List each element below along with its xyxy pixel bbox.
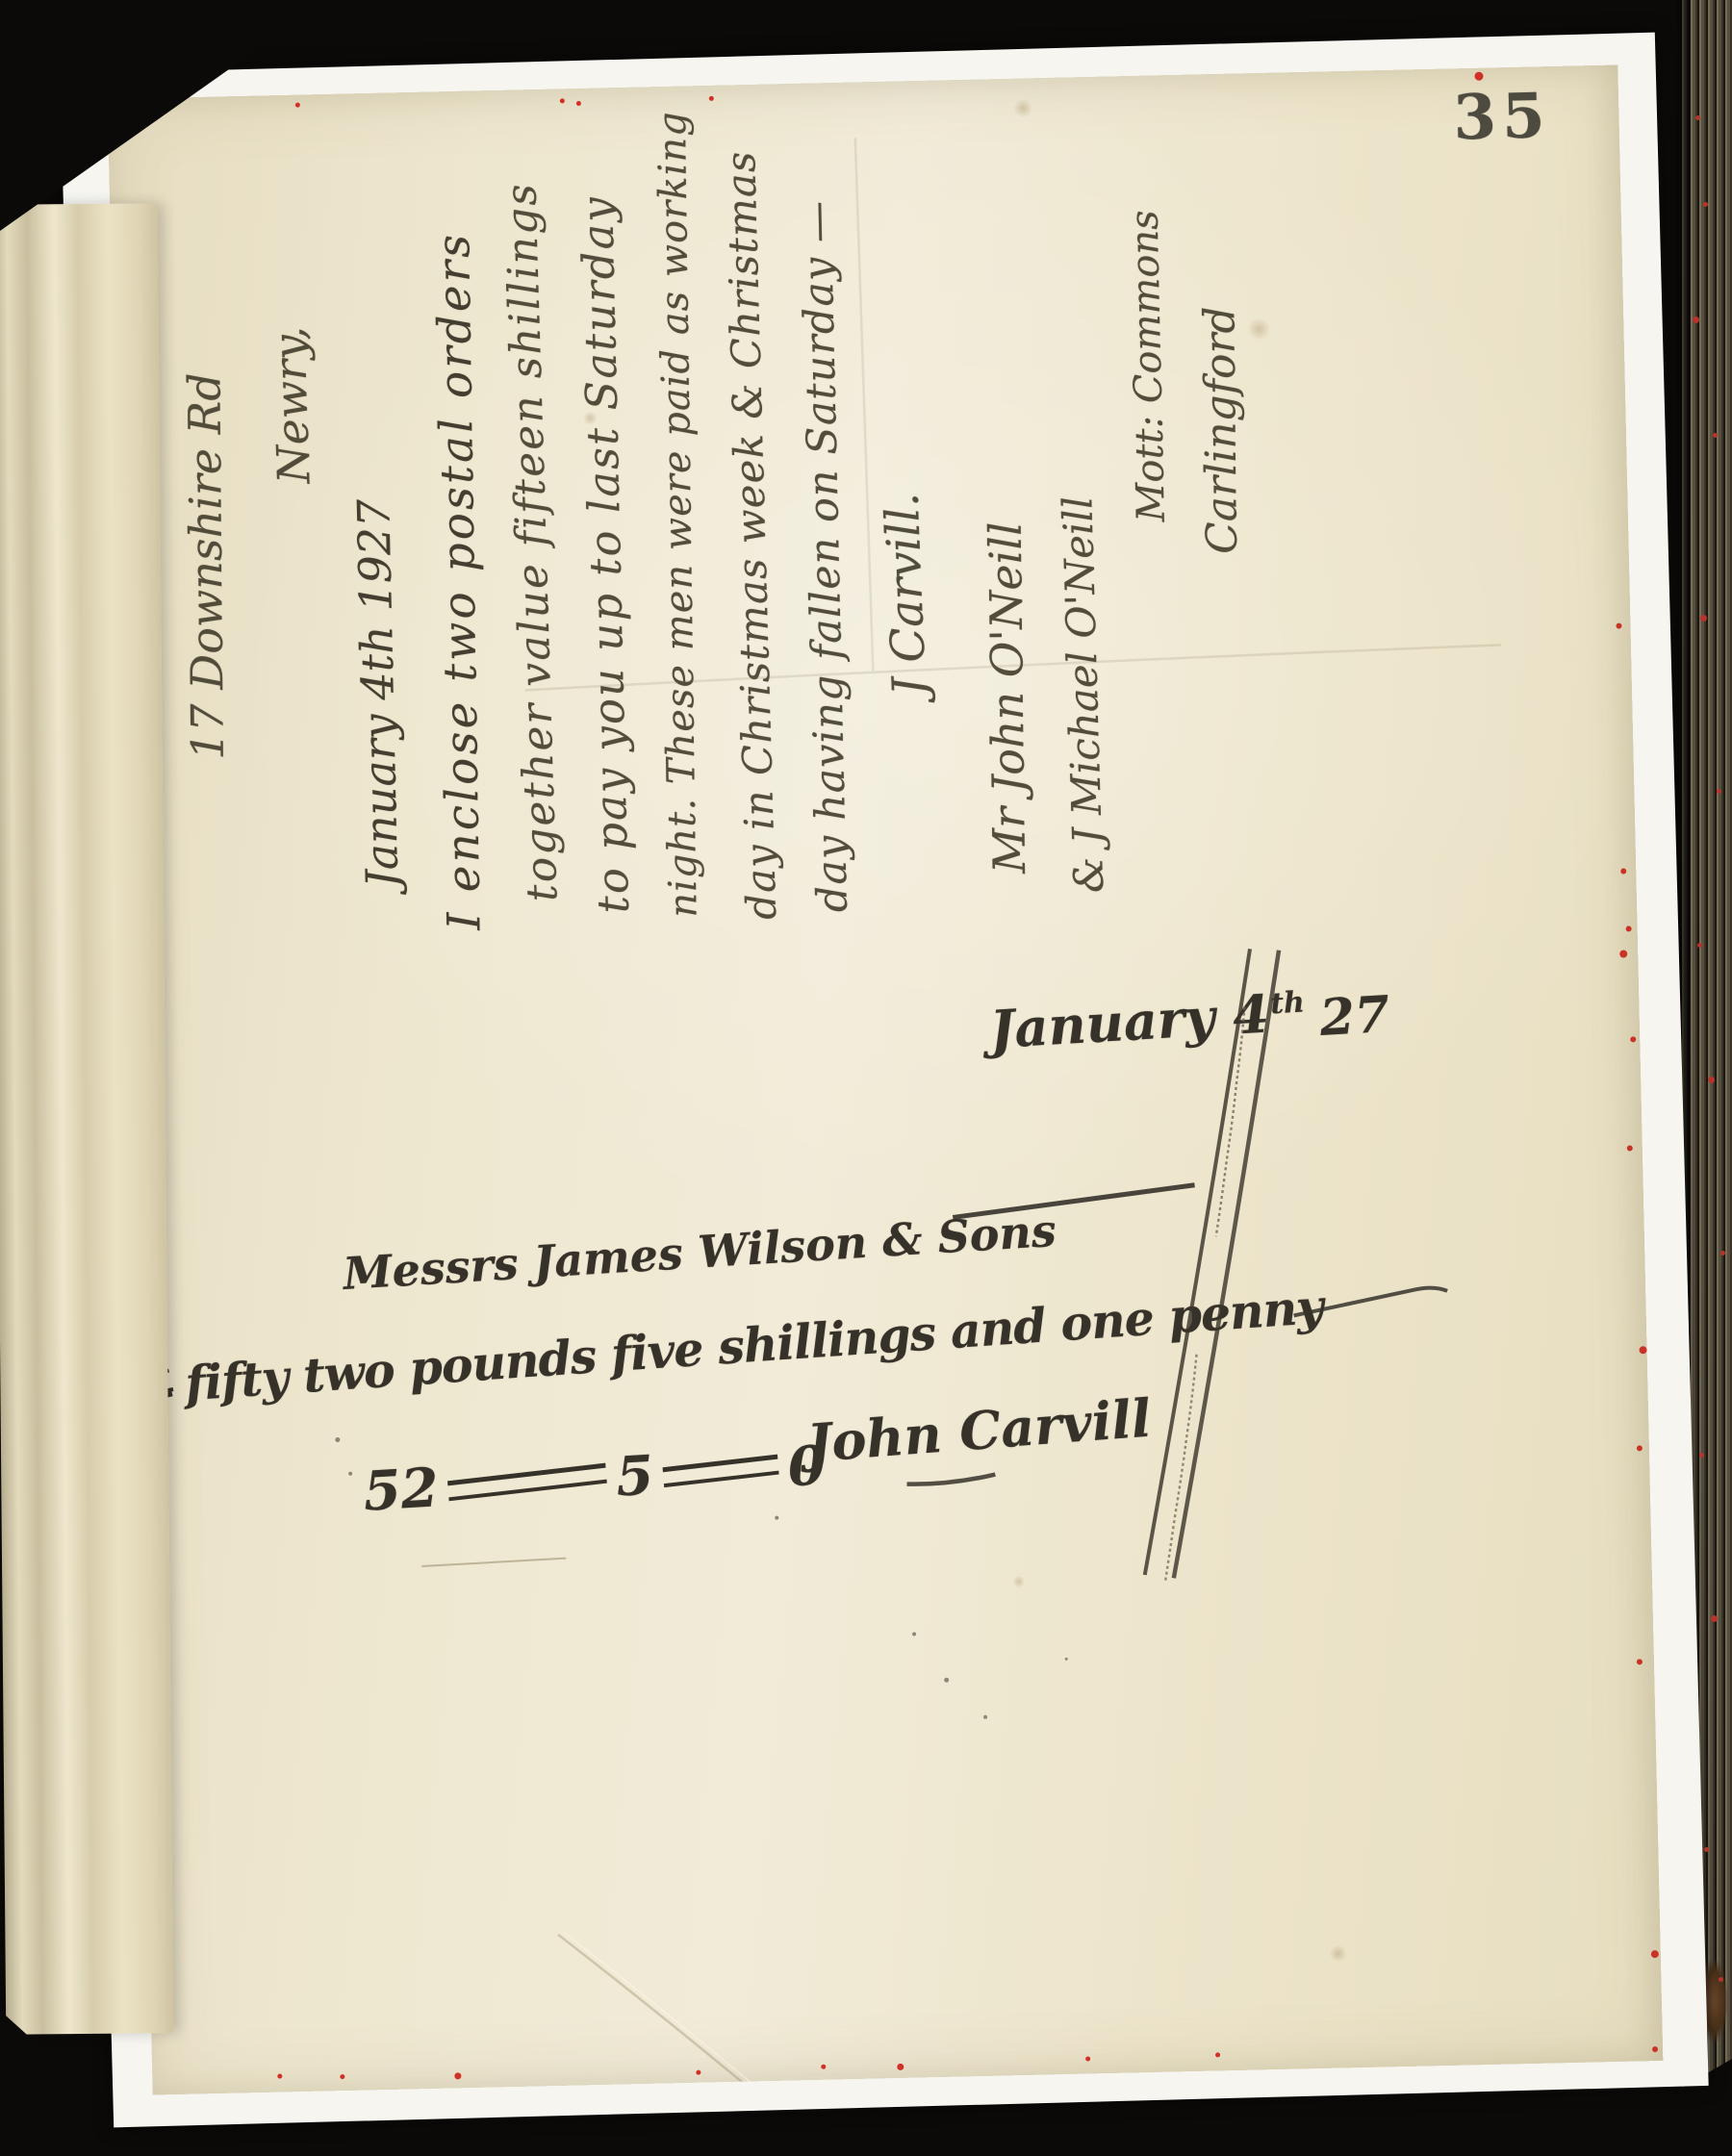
bottom-edge-red-speckles [277,2073,282,2078]
entry-date-ordinal: th [1269,985,1306,1021]
foxing-spot [1012,99,1033,116]
letter-copy: 17 Downshire Rd Newry, January 4th 1927 … [162,125,1277,949]
entry-signature: John Carvill [804,1387,1153,1475]
letter-heading-line: January 4th 1927 [329,144,419,889]
amount-separator [447,1463,607,1502]
ink-speck [944,1678,949,1683]
entry-date-text: January 4 [988,983,1270,1061]
amount-pounds: 52 [362,1456,441,1523]
page-number: 35 [1453,80,1552,154]
letter-heading-line: Newry, [246,146,331,485]
corner-crease [558,1931,750,2093]
letter-signature: J Carvill. [852,132,947,698]
entry-payee: Messrs James Wilson & Sons [342,1205,1057,1300]
entry-amount-figures: 5250 [362,1433,828,1524]
top-edge-red-speckles [295,103,300,108]
vertical-annotation-scribble [1160,1355,1202,1583]
foxing-spot [1012,1576,1026,1587]
ink-speck [912,1632,916,1636]
foxing-spot [1246,318,1271,341]
corner-crease-highlight [563,1927,754,2089]
scanned-ledger-photo: 35 17 Downshire Rd Newry, January 4th 19… [0,0,1732,2156]
amount-shillings: 5 [614,1443,655,1509]
pencil-line [421,1559,566,1566]
ink-speck [1065,1658,1068,1661]
letter-copy-rotated-block: 17 Downshire Rd Newry, January 4th 1927 … [162,125,1277,949]
foxing-spot [1329,1945,1348,1961]
ink-speck [335,1437,340,1442]
signature-underline [906,1475,995,1484]
letter-addressee-line: Carlingford [1182,126,1260,555]
amount-pence: 0 [786,1433,828,1499]
ink-speck [983,1715,987,1719]
book-page: 35 17 Downshire Rd Newry, January 4th 19… [108,64,1664,2094]
entry-date: January 4th [988,980,1307,1060]
ink-speck [348,1472,352,1476]
fore-edge-red-speckles [1695,115,1700,120]
letter-addressee-line: Mott: Commons [1107,127,1188,523]
letter-heading-line: 17 Downshire Rd [166,149,244,761]
amount-separator [662,1454,778,1487]
entry-year: 27 [1318,985,1391,1048]
right-edge-red-speckles [1620,868,1626,874]
page-curl [0,203,173,2034]
ink-speck [775,1516,778,1520]
